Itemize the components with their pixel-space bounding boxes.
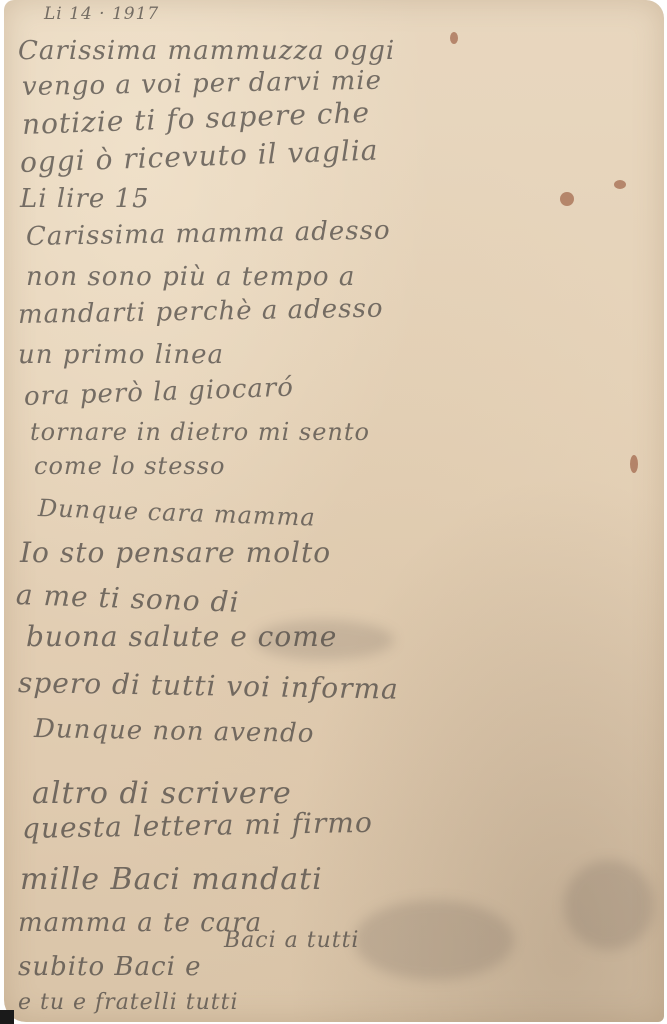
- stain-top: [450, 32, 458, 44]
- stain-right-1: [560, 192, 574, 206]
- handwritten-line: oggi ò ricevuto il vaglia: [19, 133, 379, 178]
- handwritten-line: Li 14 · 1917: [44, 4, 159, 24]
- handwritten-line: un primo linea: [18, 340, 224, 370]
- stain-right-3: [630, 455, 638, 473]
- handwritten-line: buona salute e come: [26, 620, 337, 653]
- handwritten-line: altro di scrivere: [32, 776, 292, 811]
- stain-right-2: [614, 180, 626, 189]
- letter-card: Li 14 · 1917Carissima mammuzza oggivengo…: [4, 0, 664, 1022]
- corner-shadow: [0, 1010, 14, 1024]
- handwritten-line: non sono più a tempo a: [26, 262, 355, 292]
- handwritten-line: Baci a tutti: [224, 928, 359, 953]
- handwritten-line: ora però la giocaró: [23, 373, 294, 412]
- handwritten-line: Carissima mammuzza oggi: [18, 36, 395, 66]
- handwritten-line: questa lettera mi firmo: [22, 806, 373, 845]
- handwritten-line: tornare in dietro mi sento: [30, 418, 370, 446]
- smudge-lower-middle: [354, 900, 514, 980]
- smudge-bottom-right: [564, 860, 654, 950]
- handwritten-line: Io sto pensare molto: [20, 536, 331, 569]
- handwritten-line: e tu e fratelli tutti: [18, 990, 239, 1015]
- handwritten-line: notizie ti fo sapere che: [21, 96, 370, 141]
- handwritten-line: Li lire 15: [20, 184, 150, 214]
- handwritten-line: come lo stesso: [34, 452, 225, 480]
- handwritten-line: mandarti perchè a adesso: [18, 294, 384, 330]
- handwritten-line: a me ti sono di: [15, 578, 240, 619]
- handwritten-line: Dunque cara mamma: [38, 494, 317, 532]
- handwritten-line: spero di tutti voi informa: [18, 666, 399, 706]
- handwritten-line: Dunque non avendo: [34, 714, 315, 749]
- handwritten-line: subito Baci e: [18, 952, 202, 982]
- handwritten-line: Carissima mamma adesso: [26, 216, 391, 252]
- handwritten-line: mille Baci mandati: [20, 862, 323, 897]
